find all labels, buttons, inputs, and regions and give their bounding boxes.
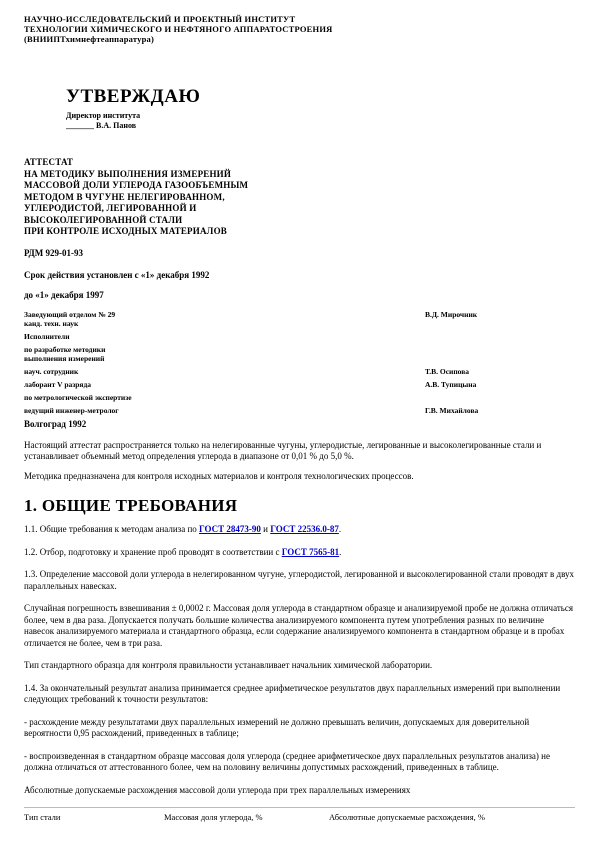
signatory-role: по метрологической экспертизе [24, 393, 132, 402]
attestat-title-line: УГЛЕРОДИСТОЙ, ЛЕГИРОВАННОЙ И [24, 203, 575, 215]
signatory-role: Заведующий отделом № 29 канд. техн. наук [24, 310, 115, 328]
signatory-role: лаборант V разряда [24, 380, 91, 389]
table-column-header: Тип стали [24, 812, 164, 822]
signatory-name [425, 332, 575, 341]
signatory-role: ведущий инженер-метролог [24, 406, 119, 415]
paragraph-text: 1.1. Общие требования к методам анализа … [24, 524, 199, 534]
approval-title: УТВЕРЖДАЮ [66, 86, 575, 108]
signatory-name: В.Д. Мирочник [425, 310, 575, 328]
paragraph: 1.4. За окончательный результат анализа … [24, 683, 575, 706]
signatory-name: Т.В. Осипова [425, 367, 575, 376]
signatory-role: науч. сотрудник [24, 367, 78, 376]
paragraph: Абсолютные допускаемые расхождения массо… [24, 785, 575, 797]
signatory-row: лаборант V разряда А.В. Тупицына [24, 380, 575, 389]
signatory-role: по разработке методики выполнения измере… [24, 345, 105, 363]
paragraph: Тип стандартного образца для контроля пр… [24, 660, 575, 672]
paragraph-text: Случайная погрешность взвешивания ± 0,00… [24, 603, 573, 648]
signatory-row: ведущий инженер-метролог Г.В. Михайлова [24, 406, 575, 415]
paragraph-text: Абсолютные допускаемые расхождения массо… [24, 785, 410, 795]
gost-link[interactable]: ГОСТ 7565-81 [282, 547, 339, 557]
attestat-title-line: ВЫСОКОЛЕГИРОВАННОЙ СТАЛИ [24, 215, 575, 227]
paragraph: Случайная погрешность взвешивания ± 0,00… [24, 603, 575, 649]
signatory-role: Исполнители [24, 332, 70, 341]
paragraph-text: . [339, 547, 341, 557]
paragraph-text: 1.3. Определение массовой доли углерода … [24, 569, 574, 591]
signatory-row: по метрологической экспертизе [24, 393, 575, 402]
signatory-name: А.В. Тупицына [425, 380, 575, 389]
gost-link[interactable]: ГОСТ 22536.0-87 [270, 524, 339, 534]
signatory-name [425, 393, 575, 402]
paragraph-text: и [261, 524, 270, 534]
paragraph-text: 1.2. Отбор, подготовку и хранение проб п… [24, 547, 282, 557]
signatory-row: науч. сотрудник Т.В. Осипова [24, 367, 575, 376]
table-column-header: Массовая доля углерода, % [164, 812, 329, 822]
paragraph-text: . [339, 524, 341, 534]
paragraph: - воспроизведенная в стандартном образце… [24, 751, 575, 774]
attestat-title-block: АТТЕСТАТНА МЕТОДИКУ ВЫПОЛНЕНИЯ ИЗМЕРЕНИЙ… [24, 157, 575, 238]
attestat-title-line: МАССОВОЙ ДОЛИ УГЛЕРОДА ГАЗООБЪЕМНЫМ [24, 180, 575, 192]
paragraph-text: - расхождение между результатами двух па… [24, 717, 529, 739]
signatory-row: по разработке методики выполнения измере… [24, 345, 575, 363]
approver-role: Директор института [66, 111, 575, 121]
signatories-block: Заведующий отделом № 29 канд. техн. наук… [24, 310, 575, 415]
place-and-year: Волгоград 1992 [24, 419, 575, 430]
signatory-name [425, 345, 575, 363]
gost-link[interactable]: ГОСТ 28473-90 [199, 524, 261, 534]
paragraph-text: - воспроизведенная в стандартном образце… [24, 751, 550, 773]
paragraph-text: Методика предназначена для контроля исхо… [24, 471, 414, 481]
table-column-header: Абсолютные допускаемые расхождения, % [329, 812, 575, 822]
attestat-title-line: МЕТОДОМ В ЧУГУНЕ НЕЛЕГИРОВАННОМ, [24, 192, 575, 204]
approver-signature-line: _______ В.А. Панов [66, 121, 575, 131]
attestat-title-line: ПРИ КОНТРОЛЕ ИСХОДНЫХ МАТЕРИАЛОВ [24, 226, 575, 238]
validity-line: до «1» декабря 1997 [24, 290, 575, 301]
signatory-row: Исполнители [24, 332, 575, 341]
section-1-paragraphs: 1.1. Общие требования к методам анализа … [24, 524, 575, 796]
organization-header-line: (ВНИИПТхимнефтеаппаратура) [24, 34, 575, 44]
document-page: НАУЧНО-ИССЛЕДОВАТЕЛЬСКИЙ И ПРОЕКТНЫЙ ИНС… [0, 0, 595, 842]
signatory-row: Заведующий отделом № 29 канд. техн. наук… [24, 310, 575, 328]
paragraph-text: Тип стандартного образца для контроля пр… [24, 660, 432, 670]
paragraph-text: 1.4. За окончательный результат анализа … [24, 683, 560, 705]
paragraph-text: Настоящий аттестат распространяется толь… [24, 440, 541, 462]
document-number: РДМ 929-01-93 [24, 248, 575, 259]
organization-header-line: НАУЧНО-ИССЛЕДОВАТЕЛЬСКИЙ И ПРОЕКТНЫЙ ИНС… [24, 14, 575, 24]
paragraph: 1.3. Определение массовой доли углерода … [24, 569, 575, 592]
paragraph: 1.1. Общие требования к методам анализа … [24, 524, 575, 536]
paragraph: - расхождение между результатами двух па… [24, 717, 575, 740]
organization-header-line: ТЕХНОЛОГИИ ХИМИЧЕСКОГО И НЕФТЯНОГО АППАР… [24, 24, 575, 34]
attestat-title-line: НА МЕТОДИКУ ВЫПОЛНЕНИЯ ИЗМЕРЕНИЙ [24, 169, 575, 181]
organization-header: НАУЧНО-ИССЛЕДОВАТЕЛЬСКИЙ И ПРОЕКТНЫЙ ИНС… [24, 14, 575, 44]
validity-block: Срок действия установлен с «1» декабря 1… [24, 270, 575, 301]
validity-line: Срок действия установлен с «1» декабря 1… [24, 270, 575, 281]
table-header-row: Тип сталиМассовая доля углерода, %Абсолю… [24, 807, 575, 822]
approval-block: УТВЕРЖДАЮ Директор института _______ В.А… [66, 86, 575, 131]
paragraph: Настоящий аттестат распространяется толь… [24, 440, 575, 463]
signatory-name: Г.В. Михайлова [425, 406, 575, 415]
section-1-heading: 1. ОБЩИЕ ТРЕБОВАНИЯ [24, 496, 575, 516]
intro-paragraphs: Настоящий аттестат распространяется толь… [24, 440, 575, 483]
attestat-title-line: АТТЕСТАТ [24, 157, 575, 169]
paragraph: Методика предназначена для контроля исхо… [24, 471, 575, 483]
paragraph: 1.2. Отбор, подготовку и хранение проб п… [24, 547, 575, 559]
